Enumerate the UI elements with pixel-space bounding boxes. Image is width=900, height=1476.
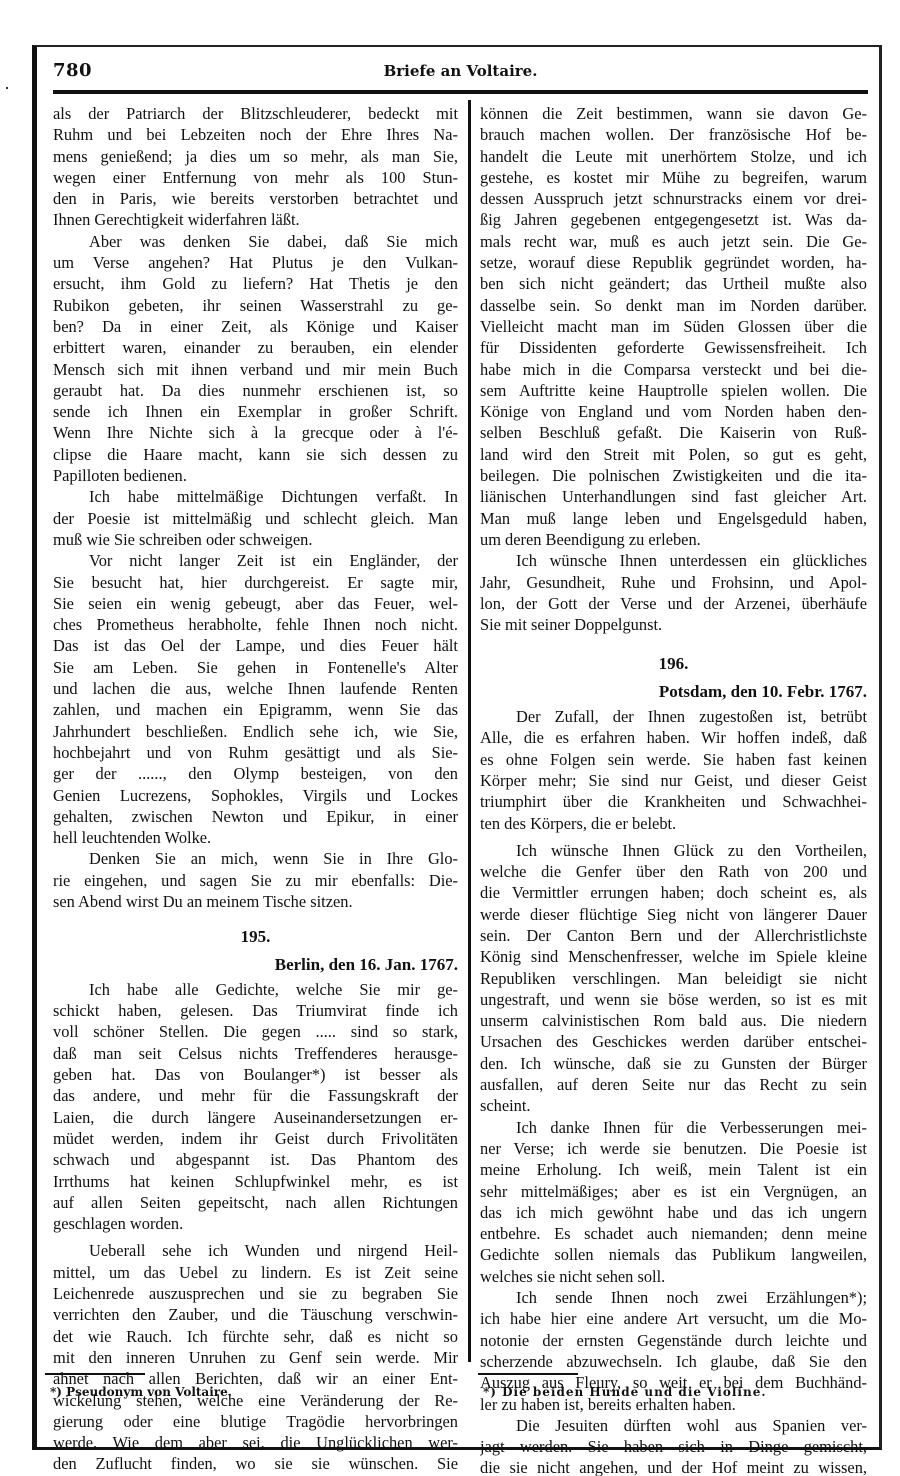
text-line: Ursachen des Geschickes werden darüber e… [480,1031,867,1052]
text-line: Genien Lucrezens, Sophokles, Virgils und… [53,785,458,806]
text-line: Alle, die es erfahren haben. Wir hoffen … [480,727,867,748]
text-line: Irrthums hat keinen Schlupfwinkel mehr, … [53,1171,458,1192]
text-line: Ich wünsche Ihnen unterdessen ein glückl… [480,550,867,571]
text-line: ben? Da in einer Zeit, als Könige und Ka… [53,316,458,337]
text-line: dessen Ausspruch jetzt schnurstracks ein… [480,188,867,209]
text-line: Ich danke Ihnen für die Verbesserungen m… [480,1117,867,1138]
text-line: Ich habe mittelmäßige Dichtungen verfaßt… [53,486,458,507]
text-line: das ich mich gewöhnt habe und das ich un… [480,1202,867,1223]
text-line: triumphirt über die Krankheiten und Schw… [480,791,867,812]
text-line: schickt haben, gelesen. Das Triumvirat f… [53,1000,458,1021]
text-line: liänischen Unterhandlungen sind fast gle… [480,486,867,507]
text-line: ausfallen, auf deren Seite nur das Recht… [480,1074,867,1095]
text-line: Jahr, Gesundheit, Ruhe und Frohsinn, und… [480,572,867,593]
text-line: mals recht war, muß es auch jetzt sein. … [480,231,867,252]
text-line: Könige von England und vom Norden haben … [480,401,867,422]
text-line: König sind Menschenfresser, welche im Sp… [480,946,867,967]
text-line: welches sie nicht sehen soll. [480,1266,867,1287]
text-line: clipse die Haare macht, kann sie sich de… [53,444,458,465]
text-line: mit den inneren Unruhen zu Genf sein wer… [53,1347,458,1368]
footnote-rule [478,1373,578,1375]
text-line: voll schöner Stellen. Die gegen ..... si… [53,1021,458,1042]
text-line: muß wie Sie schreiben oder schweigen. [53,529,458,550]
text-line: wegen einer Entfernung von mehr als 100 … [53,167,458,188]
text-line: land wird den Streit mit Polen, so gut e… [480,444,867,465]
text-line: entbehre. Es schadet auch niemanden; den… [480,1223,867,1244]
paragraph: Ich danke Ihnen für die Verbesserungen m… [480,1117,867,1287]
text-line: ich habe hier eine andere Art versucht, … [480,1308,867,1329]
header-rule [53,90,868,94]
running-title: Briefe an Voltaire. [53,62,868,80]
text-line: daß man seit Celsus nichts Treffenderes … [53,1043,458,1064]
text-line: als der Patriarch der Blitzschleuderer, … [53,103,458,124]
paragraph: Die Jesuiten dürften wohl aus Spanien ve… [480,1415,867,1476]
paragraph: Ich wünsche Ihnen unterdessen ein glückl… [480,550,867,635]
text-line: zahlen, und machen ein Epigramm, wenn Si… [53,699,458,720]
text-line: notonie der ernsten Gegenstände durch le… [480,1330,867,1351]
text-line: beilegen. Die polnischen Zwistigkeiten u… [480,465,867,486]
text-line: rie eingehen, und sagen Sie zu mir ebenf… [53,870,458,891]
text-line: der Poesie ist mittelmäßig und schlecht … [53,508,458,529]
text-line: Der Zufall, der Ihnen zugestoßen ist, be… [480,706,867,727]
text-line: erbittert waren, einander zu berauben, e… [53,337,458,358]
right-column: können die Zeit bestimmen, wann sie davo… [480,103,867,1476]
text-line: schwach und abgespannt ist. Das Phantom … [53,1149,458,1170]
text-line: Vielleicht macht man im Süden Glossen üb… [480,316,867,337]
left-column: als der Patriarch der Blitzschleuderer, … [53,103,458,1475]
text-line: ger der ......, den Olymp besteigen, von… [53,763,458,784]
text-line: Ueberall sehe ich Wunden und nirgend Hei… [53,1240,458,1261]
paragraph: Vor nicht langer Zeit ist ein Engländer,… [53,550,458,848]
text-line: die sie nicht angehen, und der Hof meint… [480,1457,867,1476]
text-line: gehalten, zwischen Newton und Epikur, in… [53,806,458,827]
text-line: selben Beschluß gefaßt. Die Kaiserin von… [480,422,867,443]
text-line: Sie seien ein wenig gebeugt, aber das Fe… [53,593,458,614]
text-line: Vor nicht langer Zeit ist ein Engländer,… [53,550,458,571]
text-line: sen Abend wirst Du an meinem Tische sitz… [53,891,458,912]
text-line: Republiken verschlingen. Man beleidigt s… [480,968,867,989]
text-line: Ich wünsche Ihnen Glück zu den Vortheile… [480,840,867,861]
paragraph: Aber was denken Sie dabei, daß Sie mich … [53,231,458,487]
paragraph: als der Patriarch der Blitzschleuderer, … [53,103,458,231]
text-line: ersucht, ihm Gold zu liefern? Hat Thetis… [53,273,458,294]
text-line: Jahrhundert beschließen. Endlich sehe ic… [53,721,458,742]
letter-dateline: Berlin, den 16. Jan. 1767. [53,954,458,975]
text-line: auf allen Seiten gepeitscht, nach allen … [53,1192,458,1213]
paragraph: Ueberall sehe ich Wunden und nirgend Hei… [53,1240,458,1474]
text-line: Rubikon gebeten, ihr seinen Wasserstrahl… [53,295,458,316]
text-line: dasselbe sein. So denkt man im Norden da… [480,295,867,316]
text-line: jagt werden. Sie haben sich in Dinge gem… [480,1436,867,1457]
text-line: ches Prometheus herabholte, fehle Ihnen … [53,614,458,635]
text-line: Ich habe alle Gedichte, welche Sie mir g… [53,979,458,1000]
text-line: die Vermittler errungen haben; doch sche… [480,882,867,903]
paragraph: Der Zufall, der Ihnen zugestoßen ist, be… [480,706,867,834]
text-line: werde. Wie dem aber sei, die Unglücklich… [53,1432,458,1453]
text-line: sende ich Ihnen ein Exemplar in großer S… [53,401,458,422]
column-divider [468,100,471,1362]
text-line: setze, worauf diese Republik gegründet w… [480,252,867,273]
letter-dateline: Potsdam, den 10. Febr. 1767. [480,681,867,702]
paragraph: Ich habe alle Gedichte, welche Sie mir g… [53,979,458,1235]
text-line: den Zuflucht finden, wo sie sie wünschen… [53,1453,458,1474]
running-head: 780 Briefe an Voltaire. [53,60,868,88]
paragraph: Ich wünsche Ihnen Glück zu den Vortheile… [480,840,867,1117]
text-line: Aber was denken Sie dabei, daß Sie mich [53,231,458,252]
text-line: ßig Jahren gegebenen entgegengesetzt ist… [480,209,867,230]
text-line: Gedichte sollen niemals das Publikum lan… [480,1244,867,1265]
text-line: Denken Sie an mich, wenn Sie in Ihre Glo… [53,848,458,869]
text-line: Man muß lange leben und Engelsgeduld hab… [480,508,867,529]
text-line: scheint. [480,1095,867,1116]
text-line: das andere, und mehr für die Fassungskra… [53,1085,458,1106]
text-line: gestehe, es kostet mir Mühe zu begreifen… [480,167,867,188]
footnote-right: *) Die beiden Hunde und die Violine. [483,1385,767,1399]
text-line: es ohne Folgen sein werde. Sie haben fas… [480,749,867,770]
text-line: um deren Beendigung zu erleben. [480,529,867,550]
text-line: für Dissidenten geforderte Gewissensfrei… [480,337,867,358]
text-line: brauch machen wollen. Der französische H… [480,124,867,145]
text-line: Ruhm und bei Lebzeiten noch der Ehre Ihr… [53,124,458,145]
text-line: det wie Rauch. Ich fürchte sehr, daß es … [53,1326,458,1347]
text-line: den. Ich wünsche, daß sie zu Gunsten der… [480,1053,867,1074]
text-line: Ich sende Ihnen noch zwei Erzählungen*); [480,1287,867,1308]
text-line: geben hat. Das von Boulanger*) ist besse… [53,1064,458,1085]
text-line: geschlagen worden. [53,1213,458,1234]
text-line: unserm calvinistischen Rom bald aus. Die… [480,1010,867,1031]
text-line: ungestraft, und wenn sie böse werden, so… [480,989,867,1010]
text-line: Körper mehr; Sie sind nur Geist, und die… [480,770,867,791]
text-line: Sie besucht hat, hier durchgereist. Er s… [53,572,458,593]
text-line: Wenn Ihre Nichte sich à la grecque oder … [53,422,458,443]
paragraph: Ich habe mittelmäßige Dichtungen verfaßt… [53,486,458,550]
text-line: Sie mit seiner Doppelgunst. [480,614,867,635]
text-line: welche die Genfer über den Rath von 200 … [480,861,867,882]
text-line: und lachen die aus, welche Ihnen laufend… [53,678,458,699]
text-line: gierung oder eine blutige Tragödie hervo… [53,1411,458,1432]
text-line: müdet werden, indem ihr Geist durch Friv… [53,1128,458,1149]
text-line: sem Auftritte keine Hauptrolle spielen w… [480,380,867,401]
text-line: Leichenrede auszusprechen und sie zu beg… [53,1283,458,1304]
text-line: scherzende abzuwechseln. Ich glaube, daß… [480,1351,867,1372]
text-line: können die Zeit bestimmen, wann sie davo… [480,103,867,124]
text-line: handelt die Leute mit unerhörtem Stolze,… [480,146,867,167]
paragraph: Denken Sie an mich, wenn Sie in Ihre Glo… [53,848,458,912]
text-line: habe mich in die Comparsa versteckt und … [480,359,867,380]
footnote-rule [45,1373,145,1375]
text-line: mittel, um das Uebel zu lindern. Es ist … [53,1262,458,1283]
scan-speck [6,87,8,89]
text-line: Ihnen Gerechtigkeit widerfahren läßt. [53,209,458,230]
text-line: ner Verse; ich werde sie benutzen. Die P… [480,1138,867,1159]
text-line: ben sich nicht geändert; das Urtheil muß… [480,273,867,294]
text-line: Die Jesuiten dürften wohl aus Spanien ve… [480,1415,867,1436]
paragraph: können die Zeit bestimmen, wann sie davo… [480,103,867,550]
text-line: verrichten den Zauber, und die Täuschung… [53,1304,458,1325]
text-line: geraubt hat. Da dies nunmehr erschienen … [53,380,458,401]
text-line: Laien, die durch längere Auseinandersetz… [53,1107,458,1128]
text-line: um Verse angehen? Hat Plutus je den Vulk… [53,252,458,273]
text-line: sehr mittelmäßiges; aber es ist ein Verg… [480,1181,867,1202]
text-line: Das ist das Oel der Lampe, und dies Feue… [53,635,458,656]
letter-number: 195. [53,926,458,947]
text-line: Sie am Leben. Sie gehen in Fontenelle's … [53,657,458,678]
text-line: lon, der Gott der Verse und der Arzenei,… [480,593,867,614]
text-line: sein. Der Canton Bern und der Allerchris… [480,925,867,946]
text-line: meine Erholung. Ich weiß, mein Talent is… [480,1159,867,1180]
letter-number: 196. [480,653,867,674]
text-line: den in Paris, wie bereits verstorben bet… [53,188,458,209]
text-line: hell leuchtenden Wolke. [53,827,458,848]
text-line: werde dieser flüchtige Sieg nicht von lä… [480,904,867,925]
text-line: mens genießend; ja dies um so mehr, als … [53,146,458,167]
footnote-left: *) Pseudonym von Voltaire. [50,1385,232,1399]
text-line: Mensch sich mit ihnen verband und mir me… [53,359,458,380]
text-line: Papilloten bedienen. [53,465,458,486]
text-line: ten des Körpers, die er belebt. [480,813,867,834]
text-line: hochbejahrt und von Ruhm gesättigt und a… [53,742,458,763]
